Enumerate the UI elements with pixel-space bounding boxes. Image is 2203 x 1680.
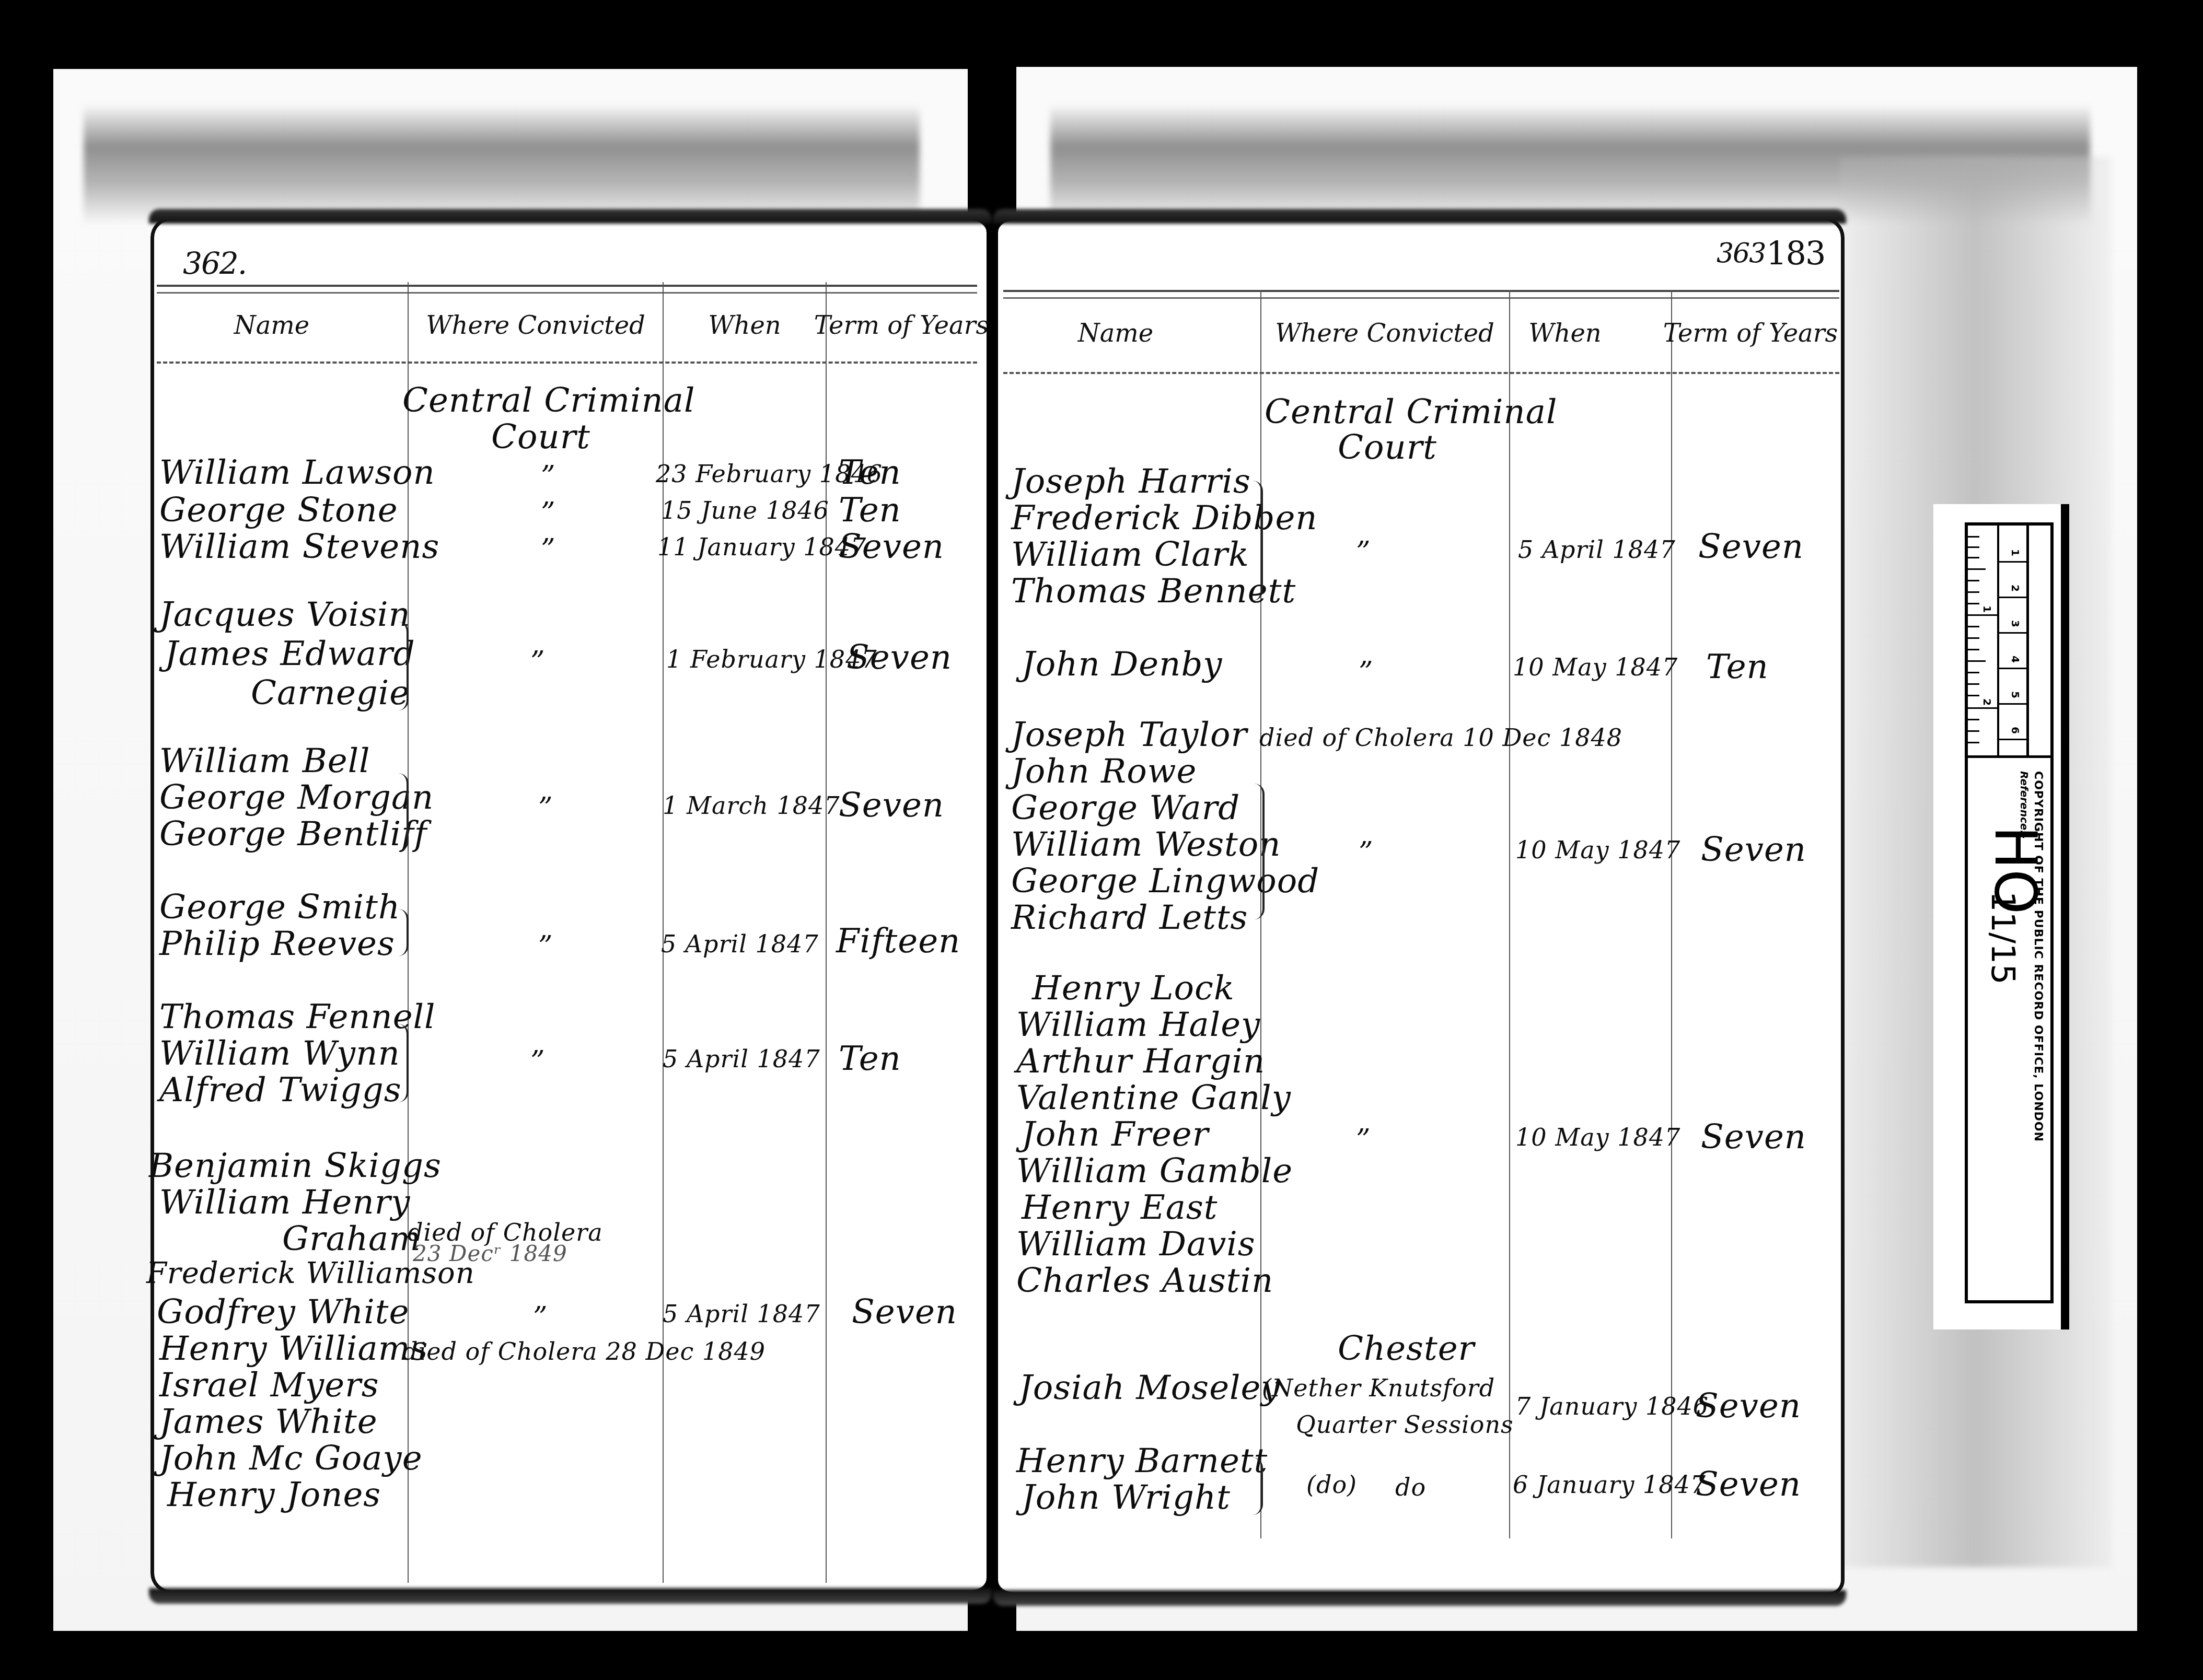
convict-name: Philip Reeves xyxy=(159,925,395,963)
convict-name: Thomas Fennell xyxy=(159,998,436,1036)
sentence-term: Seven xyxy=(1696,1465,1801,1504)
group-brace xyxy=(1253,784,1265,919)
inch-label: 1 xyxy=(1981,605,1993,613)
conviction-date: 6 January 1847 xyxy=(1513,1471,1706,1499)
ditto-mark: ” xyxy=(538,791,553,824)
sentence-term: Seven xyxy=(839,528,944,566)
sentence-term: Seven xyxy=(847,638,952,677)
convict-name: George Morgan xyxy=(159,778,434,817)
ditto-mark: ” xyxy=(538,930,553,963)
sentence-term: Ten xyxy=(839,1040,901,1078)
conviction-date: 1 March 1847 xyxy=(663,791,840,820)
conviction-date: 10 May 1847 xyxy=(1513,653,1678,681)
sentence-term: Seven xyxy=(1701,1118,1806,1157)
convict-name: Valentine Ganly xyxy=(1016,1079,1291,1117)
reference-card-frame: 1 2 1 2 3 4 5 6 COPYRIGHT OF THE PUBLIC … xyxy=(1965,522,2054,1303)
conviction-date: 7 January 1846 xyxy=(1515,1392,1709,1420)
sentence-term: Fifteen xyxy=(836,922,960,961)
convict-name: Joseph Harris xyxy=(1011,462,1251,501)
conviction-date: 10 May 1847 xyxy=(1515,836,1680,864)
court-name: (Nether Knutsford xyxy=(1262,1374,1495,1402)
convict-name: John Mc Goaye xyxy=(159,1439,423,1478)
conviction-date: 5 April 1847 xyxy=(1518,535,1676,564)
ditto-mark: ” xyxy=(541,533,556,566)
convict-name: Frederick Williamson xyxy=(146,1256,475,1290)
convict-name: John Wright xyxy=(1022,1478,1231,1517)
convict-name: Frederick Dibben xyxy=(1011,499,1318,538)
column-header-when: When xyxy=(1528,319,1602,348)
conviction-date: 5 April 1847 xyxy=(661,930,819,958)
sentence-term: Ten xyxy=(1706,648,1769,686)
convict-name: George Stone xyxy=(159,491,398,530)
cholera-death-note: died of Cholera 10 Dec 1848 xyxy=(1259,724,1622,752)
column-divider xyxy=(1671,290,1672,1538)
convict-name: George Ward xyxy=(1011,789,1240,827)
column-header-term: Term of Years xyxy=(1663,319,1838,348)
court-heading: Central Criminal xyxy=(402,381,695,420)
convict-name: Josiah Moseley xyxy=(1019,1369,1281,1407)
column-header-name: Name xyxy=(1078,319,1154,348)
sentence-term: Seven xyxy=(1696,1387,1801,1426)
convict-name: James Edward xyxy=(165,635,415,673)
court-heading: Court xyxy=(491,418,590,457)
ditto-mark: ” xyxy=(530,645,546,678)
convict-name: Alfred Twiggs xyxy=(159,1071,402,1110)
header-rule-top xyxy=(1003,290,1839,299)
conviction-date: 10 May 1847 xyxy=(1515,1123,1680,1151)
convict-name: Richard Letts xyxy=(1011,899,1248,937)
ditto-mark: ” xyxy=(1356,535,1371,568)
ruler-divider xyxy=(1968,755,2050,758)
conviction-date: 15 June 1846 xyxy=(661,496,829,524)
ditto-mark: ” xyxy=(541,460,556,493)
header-rule-bottom xyxy=(157,361,977,364)
conviction-date: 5 April 1847 xyxy=(663,1045,820,1073)
convict-name: Godfrey White xyxy=(157,1293,409,1332)
conviction-date: 1 February 1847 xyxy=(666,645,877,673)
group-brace xyxy=(1251,1457,1263,1515)
column-header-where-convicted: Where Convicted xyxy=(426,311,645,340)
column-divider xyxy=(1509,290,1510,1538)
court-name: Chester xyxy=(1338,1329,1475,1368)
ditto-mark: ” xyxy=(1359,836,1374,869)
page-number-left: 362. xyxy=(183,246,246,281)
court-heading: Central Criminal xyxy=(1265,393,1557,431)
convict-name: William Davis xyxy=(1016,1225,1256,1264)
convict-name: Joseph Taylor xyxy=(1011,716,1247,754)
ditto-mark: ” xyxy=(1359,656,1374,689)
ditto-court: (do) xyxy=(1306,1471,1357,1499)
reference-piece-number: 11/15 xyxy=(1987,891,2019,985)
convict-name: William Haley xyxy=(1016,1006,1260,1044)
convict-name: William Weston xyxy=(1011,825,1281,864)
column-header-name: Name xyxy=(234,311,310,340)
court-name: Quarter Sessions xyxy=(1296,1410,1514,1439)
convict-name: Henry Lock xyxy=(1032,969,1235,1008)
convict-name: John Denby xyxy=(1022,645,1223,684)
header-rule-bottom xyxy=(1003,372,1839,374)
inch-label: 2 xyxy=(1981,698,1993,706)
convict-name: William Wynn xyxy=(159,1034,400,1073)
folio-number: 183 xyxy=(1766,234,1825,272)
sentence-term: Ten xyxy=(839,453,901,492)
scale-ruler: 1 2 1 2 3 4 5 6 xyxy=(1968,526,2050,755)
ditto-court: do xyxy=(1395,1473,1426,1501)
group-brace xyxy=(397,622,409,710)
convict-name: William Henry xyxy=(159,1183,410,1222)
convict-name: Henry Williams xyxy=(159,1329,428,1368)
ditto-mark: ” xyxy=(541,496,556,529)
conviction-date: 11 January 1847 xyxy=(657,533,866,561)
convict-name: William Lawson xyxy=(159,453,435,492)
convict-name: Benjamin Skiggs xyxy=(149,1147,442,1185)
column-header-where-convicted: Where Convicted xyxy=(1275,319,1494,348)
convict-name: John Freer xyxy=(1022,1115,1209,1154)
header-rule-top xyxy=(157,285,977,294)
column-header-when: When xyxy=(708,311,781,340)
column-header-term: Term of Years xyxy=(814,311,989,340)
sentence-term: Seven xyxy=(852,1293,957,1332)
cholera-death-note: died of Cholera 28 Dec 1849 xyxy=(402,1337,766,1366)
convict-name: George Lingwood xyxy=(1011,862,1319,901)
scan-shadow xyxy=(84,104,920,225)
sentence-term: Seven xyxy=(839,786,944,825)
convict-name: Arthur Hargin xyxy=(1016,1042,1265,1081)
ditto-mark: ” xyxy=(530,1045,546,1078)
convict-name: William Stevens xyxy=(159,528,439,566)
convict-name: James White xyxy=(159,1403,378,1441)
convict-name: Jacques Voisin xyxy=(159,596,411,634)
ditto-mark: ” xyxy=(1356,1123,1371,1156)
convict-name: Israel Myers xyxy=(159,1366,379,1405)
conviction-date: 5 April 1847 xyxy=(663,1300,820,1328)
ditto-mark: ” xyxy=(533,1301,548,1334)
convict-name: Henry Barnett xyxy=(1016,1442,1268,1480)
convict-name: Henry East xyxy=(1022,1188,1218,1227)
group-brace xyxy=(397,773,409,851)
court-heading: Court xyxy=(1338,428,1437,467)
convict-name: William Clark xyxy=(1011,535,1249,574)
sentence-term: Seven xyxy=(1701,831,1806,869)
group-brace xyxy=(1251,481,1263,601)
convict-name-continued: Graham xyxy=(282,1220,421,1258)
convict-name: John Rowe xyxy=(1011,752,1197,791)
convict-name-continued: Carnegie xyxy=(251,674,410,713)
cm-scale: 1 2 3 4 5 6 xyxy=(1997,526,2029,755)
convict-name: George Bentliff xyxy=(159,815,427,854)
group-brace xyxy=(397,909,409,956)
group-brace xyxy=(397,1024,409,1102)
archive-reference-card: 1 2 1 2 3 4 5 6 COPYRIGHT OF THE PUBLIC … xyxy=(1933,504,2069,1329)
sentence-term: Ten xyxy=(839,491,901,530)
page-number-right: 363 xyxy=(1717,238,1765,269)
convict-name: George Smith xyxy=(159,888,400,927)
convict-name: Henry Jones xyxy=(167,1476,381,1514)
sentence-term: Seven xyxy=(1698,528,1804,566)
convict-name: Charles Austin xyxy=(1016,1262,1273,1300)
convict-name: William Bell xyxy=(159,742,370,780)
convict-name: William Gamble xyxy=(1016,1152,1293,1191)
inch-scale: 1 2 xyxy=(1968,526,1999,755)
